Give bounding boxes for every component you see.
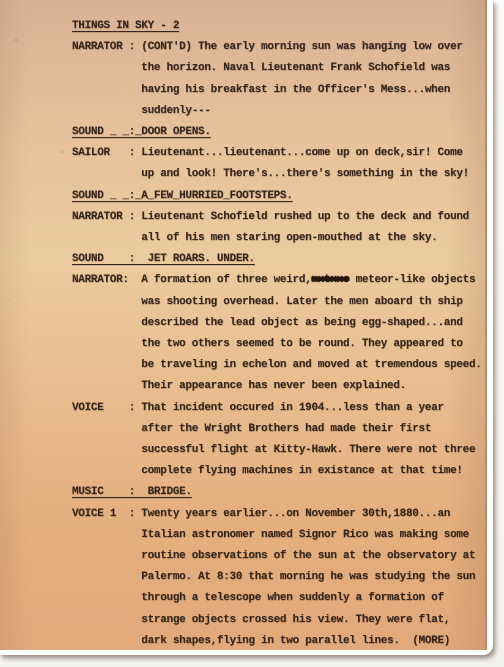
line-text: described the lead object as being egg-s… xyxy=(72,317,463,329)
line-text: NARRATOR : (CONT'D) The early morning su… xyxy=(72,41,463,53)
line-text: after the Wright Brothers had made their… xyxy=(72,423,431,435)
scan-background: THINGS IN SKY - 2 NARRATOR : (CONT'D) Th… xyxy=(0,0,504,667)
line-text: SOUND : JET ROARS. UNDER. xyxy=(72,253,255,265)
cont-line: was shooting overhead. Later the men abo… xyxy=(72,292,485,313)
line-text: SOUND _ _:_A_FEW_HURRIED_FOOTSTEPS. xyxy=(72,190,293,202)
dialogue-line: VOICE : That incident occured in 1904...… xyxy=(72,398,485,419)
line-text: the two others seemed to be round. They … xyxy=(72,338,463,350)
cue-line: MUSIC : BRIDGE. xyxy=(72,482,485,503)
cont-line: suddenly--- xyxy=(72,101,485,122)
cont-line: described the lead object as being egg-s… xyxy=(72,313,485,334)
script-page: THINGS IN SKY - 2 NARRATOR : (CONT'D) Th… xyxy=(0,0,487,650)
cont-line: be traveling in echelon and moved at tre… xyxy=(72,355,485,376)
line-text: dark shapes,flying in two parallel lines… xyxy=(72,635,450,647)
line-text: VOICE 1 : Twenty years earlier...on Nove… xyxy=(72,508,450,520)
line-text: through a telescope when suddenly a form… xyxy=(72,592,444,604)
dialogue-line: SAILOR : Lieutenant...lieutenant...come … xyxy=(72,143,485,164)
cont-line: through a telescope when suddenly a form… xyxy=(72,588,485,609)
line-text: the horizon. Naval Lieutenant Frank Scho… xyxy=(72,62,450,74)
cont-line: having his breakfast in the Officer's Me… xyxy=(72,80,485,101)
line-text: suddenly--- xyxy=(72,105,211,117)
cont-line: dark shapes,flying in two parallel lines… xyxy=(72,631,485,652)
line-text: successful flight at Kitty-Hawk. There w… xyxy=(72,444,475,456)
line-text: be traveling in echelon and moved at tre… xyxy=(72,359,482,371)
cont-line: after the Wright Brothers had made their… xyxy=(72,419,485,440)
line-text: Their appearance has never been explaine… xyxy=(72,380,406,392)
dialogue-line: VOICE 1 : Twenty years earlier...on Nove… xyxy=(72,504,485,525)
line-text: having his breakfast in the Officer's Me… xyxy=(72,84,450,96)
line-text: MUSIC : BRIDGE. xyxy=(72,486,192,498)
line-text: VOICE : That incident occured in 1904...… xyxy=(72,402,444,414)
line-text: meteor-like objects xyxy=(349,274,475,286)
cont-line: Palermo. At 8:30 that morning he was stu… xyxy=(72,567,485,588)
line-text: all of his men staring open-mouthed at t… xyxy=(72,232,437,244)
line-text: SAILOR : Lieutenant...lieutenant...come … xyxy=(72,147,463,159)
cont-line: successful flight at Kitty-Hawk. There w… xyxy=(72,440,485,461)
line-text: up and look! There's...there's something… xyxy=(72,168,469,180)
dialogue-line: NARRATOR: A formation of three weird,mxt… xyxy=(72,270,485,291)
cue-line: SOUND _ _:_DOOR OPENS. xyxy=(72,122,485,143)
cue-line: SOUND : JET ROARS. UNDER. xyxy=(72,249,485,270)
dialogue-line: NARRATOR : (CONT'D) The early morning su… xyxy=(72,37,485,58)
script-title: THINGS IN SKY - 2 xyxy=(72,16,485,37)
cont-line: strange objects crossed his view. They w… xyxy=(72,610,485,631)
dialogue-line: NARRATOR : Lieutenant Schofield rushed u… xyxy=(72,207,485,228)
cont-line: up and look! There's...there's something… xyxy=(72,164,485,185)
line-text: Palermo. At 8:30 that morning he was stu… xyxy=(72,571,475,583)
script-body: NARRATOR : (CONT'D) The early morning su… xyxy=(72,37,485,652)
struck-out-word: mxtxxo xyxy=(311,274,349,286)
line-text: complete flying machines in existance at… xyxy=(72,465,463,477)
cont-line: all of his men staring open-mouthed at t… xyxy=(72,228,485,249)
cont-line: the horizon. Naval Lieutenant Frank Scho… xyxy=(72,58,485,79)
line-text: Italian astronomer named Signor Rico was… xyxy=(72,529,469,541)
cont-line: Italian astronomer named Signor Rico was… xyxy=(72,525,485,546)
line-text: routine observations of the sun at the o… xyxy=(72,550,475,562)
cont-line: routine observations of the sun at the o… xyxy=(72,546,485,567)
cont-line: Their appearance has never been explaine… xyxy=(72,376,485,397)
cue-line: SOUND _ _:_A_FEW_HURRIED_FOOTSTEPS. xyxy=(72,186,485,207)
line-text: was shooting overhead. Later the men abo… xyxy=(72,296,463,308)
line-text: NARRATOR : Lieutenant Schofield rushed u… xyxy=(72,211,469,223)
line-text: strange objects crossed his view. They w… xyxy=(72,614,450,626)
cont-line: complete flying machines in existance at… xyxy=(72,461,485,482)
line-text: SOUND _ _:_DOOR OPENS. xyxy=(72,126,211,138)
photo-frame: THINGS IN SKY - 2 NARRATOR : (CONT'D) Th… xyxy=(0,0,493,655)
line-text: NARRATOR: A formation of three weird, xyxy=(72,274,311,286)
cont-line: the two others seemed to be round. They … xyxy=(72,334,485,355)
